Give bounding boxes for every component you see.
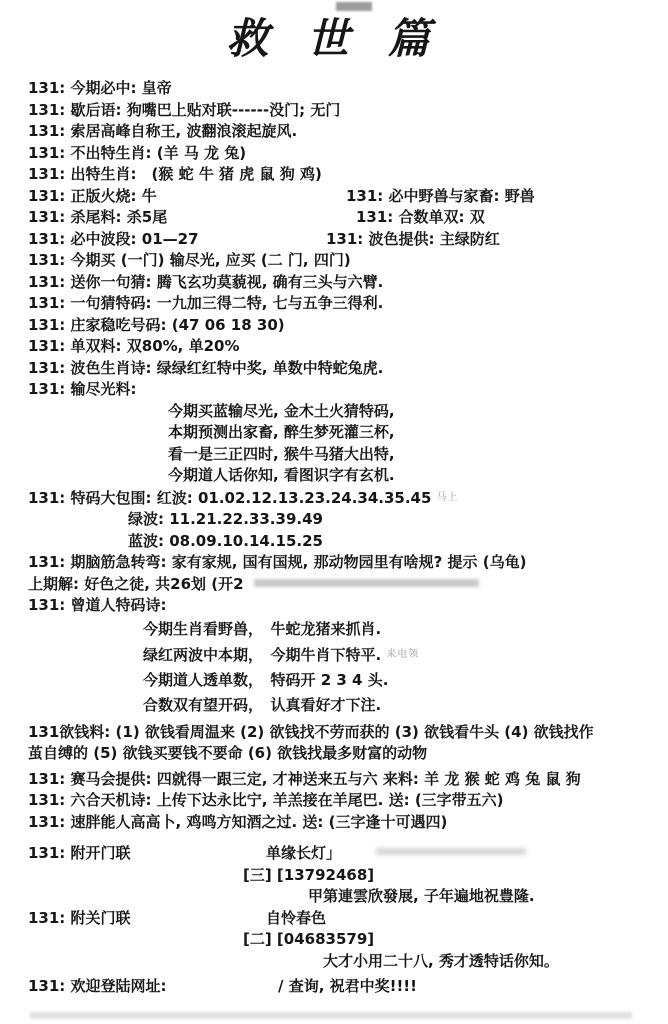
doc-line: 131: 附关门联自怜春色 xyxy=(28,908,660,930)
line-text: 131: 不出特生肖: (羊 马 龙 兔) xyxy=(28,144,246,162)
line-text: 甲第連雲欣發展, 子年遍地祝豊隆. xyxy=(308,887,535,905)
line-text: 131: 必中波段: 01—27 xyxy=(28,229,326,251)
document-body: 131: 今期必中: 皇帝131: 歇后语: 狗嘴巴上贴对联------没门; … xyxy=(0,78,668,998)
line-text: 131: 曾道人特码诗: xyxy=(28,596,167,614)
doc-line: 131: 今期必中: 皇帝 xyxy=(28,78,660,100)
line-text: 131: 今期买 (一门) 输尽光, 应买 (二 门, 四门) xyxy=(28,251,351,269)
doc-line: 131: 波色生肖诗: 绿绿红红特中奖, 单数中特蛇兔虎. xyxy=(28,358,660,380)
doc-line: 131: 输尽光料: xyxy=(28,379,660,401)
line-text: 绿波: 11.21.22.33.39.49 xyxy=(128,510,323,528)
doc-line: 131: 必中波段: 01—27131: 波色提供: 主绿防红 xyxy=(28,229,660,251)
doc-line: 131: 出特生肖: (猴 蛇 牛 猪 虎 鼠 狗 鸡) xyxy=(28,164,660,186)
doc-line: 131: 期脑筋急转弯: 家有家规, 国有国规, 那动物园里有啥规? 提示 (乌… xyxy=(28,552,660,574)
doc-line: 131: 索居高峰自称王, 波翻浪滚起旋风. xyxy=(28,121,660,143)
doc-line: 看一是三正四时, 猴牛马猪大出特, xyxy=(168,444,660,466)
line-text: 131: 波色生肖诗: 绿绿红红特中奖, 单数中特蛇兔虎. xyxy=(28,359,383,377)
doc-line: 今期道人话你知, 看图识字有玄机. xyxy=(168,465,660,487)
doc-line: 131: 不出特生肖: (羊 马 龙 兔) xyxy=(28,143,660,165)
doc-line: 大才小用二十八, 秀才透特话你知。 xyxy=(323,951,660,973)
line-text: 131: 期脑筋急转弯: 家有家规, 国有国规, 那动物园里有啥规? 提示 (乌… xyxy=(28,553,526,571)
line-text: 131: 输尽光料: xyxy=(28,380,137,398)
line-text: 看一是三正四时, 猴牛马猪大出特, xyxy=(168,445,395,463)
line-text: 合数双有望开码， 认真看好才下注. xyxy=(143,696,381,714)
doc-line: 合数双有望开码， 认真看好才下注. xyxy=(143,693,660,718)
doc-line: 131: 附开门联单缘长灯」 xyxy=(28,843,660,865)
line-text: 131: 附关门联 xyxy=(28,908,266,930)
line-text: 131: 今期必中: 皇帝 xyxy=(28,79,172,97)
doc-line: 本期预测出家畜, 醉生梦死灌三杯, xyxy=(168,422,660,444)
line-text: 今期买蓝输尽光, 金木土火猜特码, xyxy=(168,402,395,420)
doc-line: 绿波: 11.21.22.33.39.49 xyxy=(128,509,660,531)
doc-line: 131欲钱料: (1) 欲钱看周温来 (2) 欲钱找不劳而获的 (3) 欲钱看牛… xyxy=(28,722,660,744)
line-text-right: / 查询, 祝君中奖!!!! xyxy=(278,977,417,995)
line-text-right: 131: 波色提供: 主绿防红 xyxy=(326,230,500,248)
line-text: [二] [04683579] xyxy=(243,930,374,948)
line-text: 131: 出特生肖: (猴 蛇 牛 猪 虎 鼠 狗 鸡) xyxy=(28,165,322,183)
scan-smudge xyxy=(376,848,526,855)
doc-line: 上期解: 好色之徒, 共26划 (开2 xyxy=(28,574,660,596)
doc-line: 131: 杀尾料: 杀5尾131: 合数单双: 双 xyxy=(28,207,660,229)
line-text: 131: 速胖能人高高卜, 鸡鸣方知酒之过. 送: (三字逢十可遇四) xyxy=(28,813,447,831)
doc-line: 绿红两波中本期， 今期牛肖下特平.来电领 xyxy=(143,642,660,668)
line-text: 131: 单双料: 双80%, 单20% xyxy=(28,337,239,355)
doc-line: 131: 速胖能人高高卜, 鸡鸣方知酒之过. 送: (三字逢十可遇四) xyxy=(28,812,660,834)
doc-line: 蓝波: 08.09.10.14.15.25 xyxy=(128,531,660,553)
scan-smudge-bottom xyxy=(30,1012,632,1019)
doc-line: 今期道人透单数， 特码开 2 3 4 头. xyxy=(143,668,660,693)
line-text: 131: 特码大包围: 红波: 01.02.12.13.23.24.34.35.… xyxy=(28,489,431,507)
line-text: 131: 庄家稳吃号码: (47 06 18 30) xyxy=(28,316,285,334)
line-text-right: 单缘长灯」 xyxy=(266,844,341,862)
page-title: 救 世 篇 xyxy=(0,0,668,78)
doc-line: [二] [04683579] xyxy=(243,929,660,951)
line-text: [三] [13792468] xyxy=(243,866,374,884)
line-text: 绿红两波中本期， 今期牛肖下特平. xyxy=(143,646,381,664)
doc-line: 131: 欢迎登陆网址:/ 查询, 祝君中奖!!!! xyxy=(28,976,660,998)
line-text: 131: 赛马会提供: 四就得一跟三定, 才神送来五与六 来料: 羊 龙 猴 蛇… xyxy=(28,770,581,788)
line-text: 今期道人透单数， 特码开 2 3 4 头. xyxy=(143,671,388,689)
scan-smudge-top xyxy=(336,2,372,11)
doc-line: 131: 送你一句猜: 腾飞玄功莫藐视, 确有三头与六臂. xyxy=(28,272,660,294)
line-text: 131: 欢迎登陆网址: xyxy=(28,976,278,998)
line-text: 131: 附开门联 xyxy=(28,843,266,865)
line-text: 上期解: 好色之徒, 共26划 (开2 xyxy=(28,575,244,593)
doc-line: 甲第連雲欣發展, 子年遍地祝豊隆. xyxy=(308,886,660,908)
line-text: 131: 正版火烧: 牛 xyxy=(28,186,346,208)
line-text-right: 131: 合数单双: 双 xyxy=(356,208,485,226)
line-text-right: 131: 必中野兽与家畜: 野兽 xyxy=(346,187,535,205)
doc-line: 131: 六合天机诗: 上传下达永比宁, 羊羔接在羊尾巴. 送: (三字带五六) xyxy=(28,790,660,812)
doc-line: 今期生肖看野兽， 牛蛇龙猪来抓肖. xyxy=(143,617,660,642)
doc-line: 茧自缚的 (5) 欲钱买要钱不要命 (6) 欲钱找最多财富的动物 xyxy=(28,743,660,765)
doc-line: 131: 单双料: 双80%, 单20% xyxy=(28,336,660,358)
line-text: 今期生肖看野兽， 牛蛇龙猪来抓肖. xyxy=(143,620,381,638)
line-text: 131: 送你一句猜: 腾飞玄功莫藐视, 确有三头与六臂. xyxy=(28,273,383,291)
doc-line: 131: 庄家稳吃号码: (47 06 18 30) xyxy=(28,315,660,337)
watermark-text: 马上 xyxy=(436,492,458,503)
line-text: 131: 杀尾料: 杀5尾 xyxy=(28,207,356,229)
line-text: 131: 六合天机诗: 上传下达永比宁, 羊羔接在羊尾巴. 送: (三字带五六) xyxy=(28,791,504,809)
line-text: 本期预测出家畜, 醉生梦死灌三杯, xyxy=(168,423,395,441)
line-text: 131: 一句猜特码: 一九加三得二特, 七与五争三得利. xyxy=(28,294,383,312)
line-text: 茧自缚的 (5) 欲钱买要钱不要命 (6) 欲钱找最多财富的动物 xyxy=(28,744,427,762)
doc-line: 131: 今期买 (一门) 输尽光, 应买 (二 门, 四门) xyxy=(28,250,660,272)
doc-line: 131: 歇后语: 狗嘴巴上贴对联------没门; 无门 xyxy=(28,100,660,122)
line-text: 大才小用二十八, 秀才透特话你知。 xyxy=(323,952,559,970)
doc-line: 今期买蓝输尽光, 金木土火猜特码, xyxy=(168,401,660,423)
line-text: 131: 索居高峰自称王, 波翻浪滚起旋风. xyxy=(28,122,297,140)
line-text: 蓝波: 08.09.10.14.15.25 xyxy=(128,532,323,550)
document-page: 救 世 篇 131: 今期必中: 皇帝131: 歇后语: 狗嘴巴上贴对联----… xyxy=(0,0,668,1024)
blurred-region xyxy=(254,579,479,587)
doc-line: 131: 特码大包围: 红波: 01.02.12.13.23.24.34.35.… xyxy=(28,487,660,510)
line-text: 今期道人话你知, 看图识字有玄机. xyxy=(168,466,395,484)
doc-line: 131: 正版火烧: 牛131: 必中野兽与家畜: 野兽 xyxy=(28,186,660,208)
line-text: 131欲钱料: (1) 欲钱看周温来 (2) 欲钱找不劳而获的 (3) 欲钱看牛… xyxy=(28,723,594,741)
doc-line: 131: 一句猜特码: 一九加三得二特, 七与五争三得利. xyxy=(28,293,660,315)
line-text: 131: 歇后语: 狗嘴巴上贴对联------没门; 无门 xyxy=(28,101,340,119)
doc-line: [三] [13792468] xyxy=(243,865,660,887)
doc-line: 131: 赛马会提供: 四就得一跟三定, 才神送来五与六 来料: 羊 龙 猴 蛇… xyxy=(28,769,660,791)
doc-line: 131: 曾道人特码诗: xyxy=(28,595,660,617)
watermark-text: 来电领 xyxy=(386,649,419,660)
line-text-right: 自怜春色 xyxy=(266,909,326,927)
